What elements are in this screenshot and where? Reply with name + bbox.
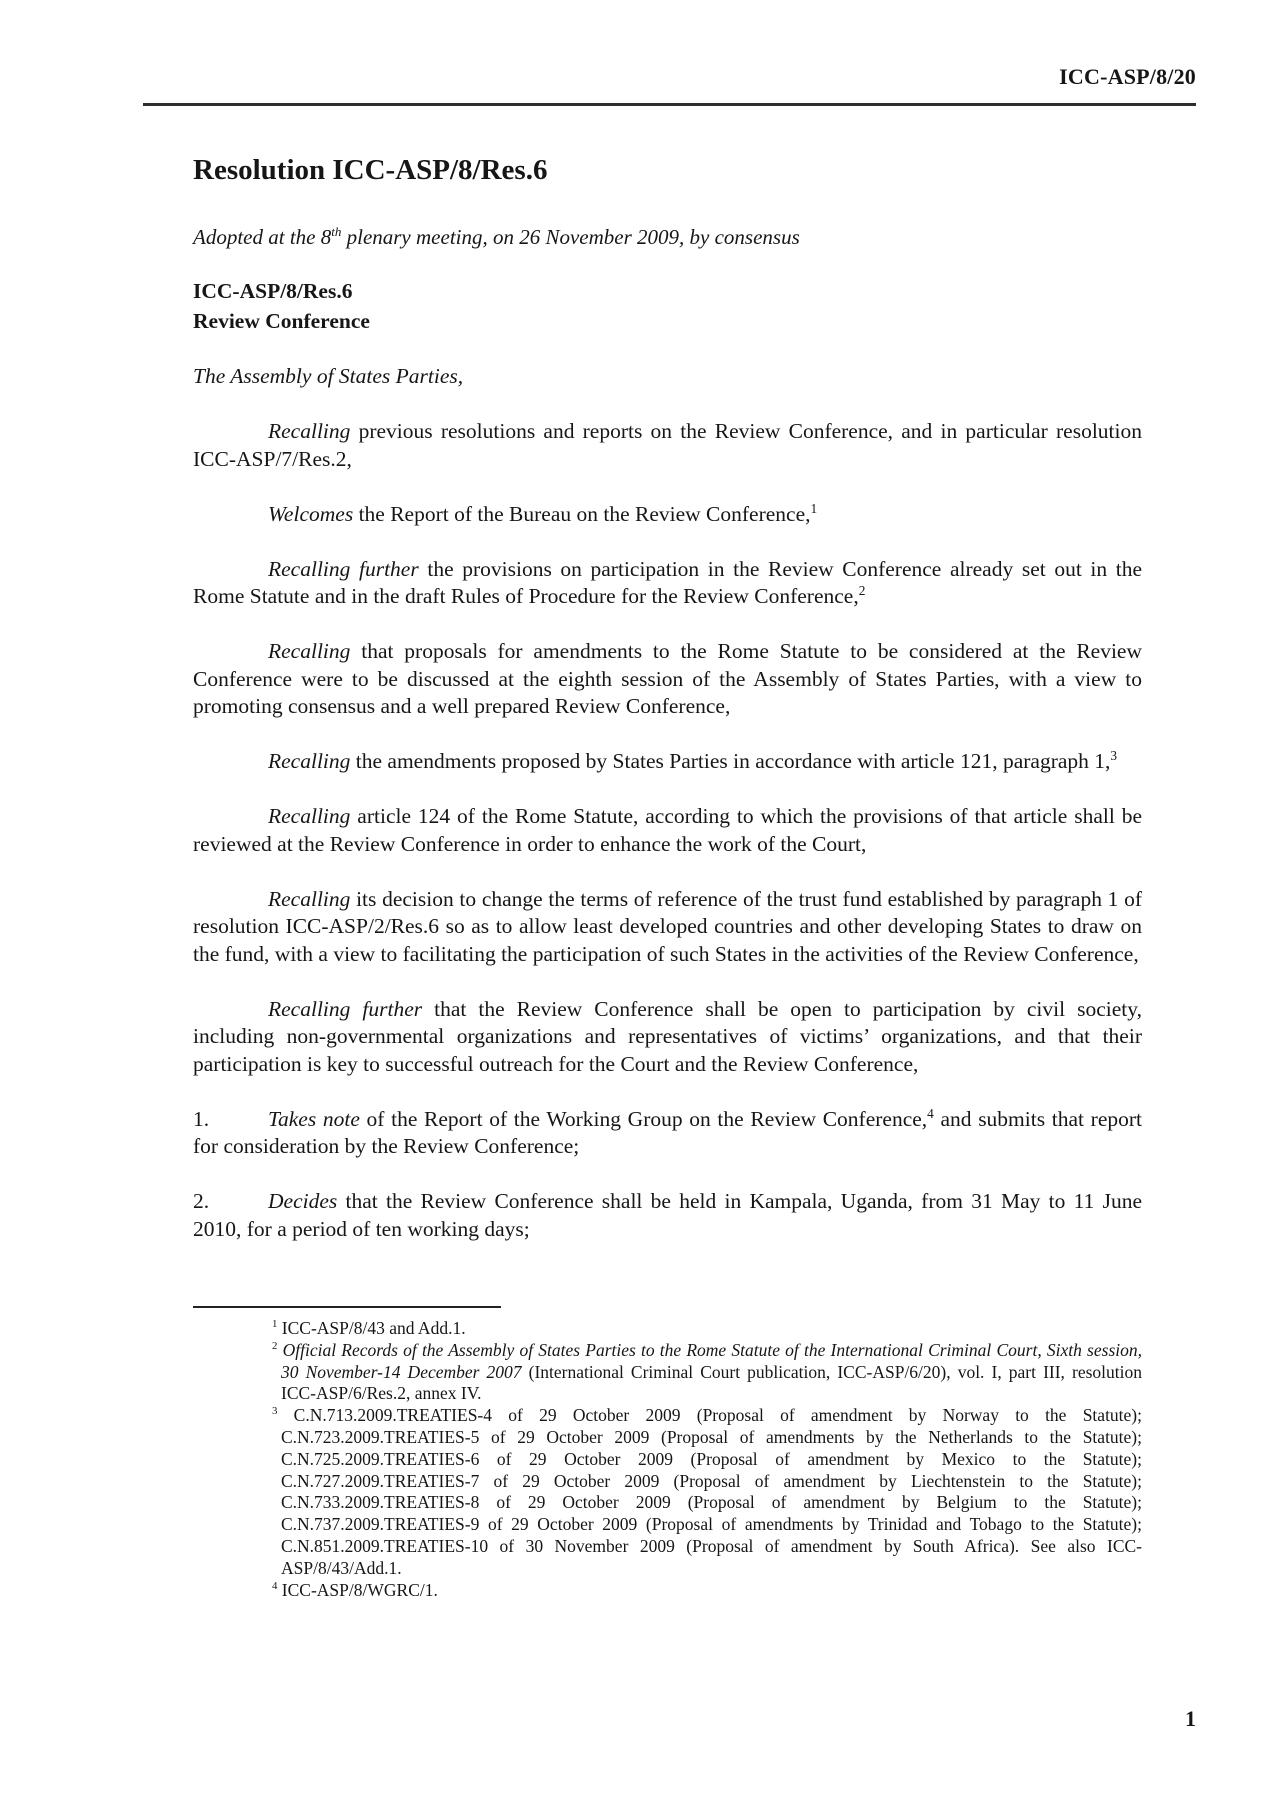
text-run: C.N.713.2009.TREATIES-4 of 29 October 20… [277,1405,1142,1578]
paragraphs-container: The Assembly of States Parties,Recalling… [193,363,1142,1243]
text-run: the amendments proposed by States Partie… [350,749,1110,773]
text-run: Welcomes [268,502,353,526]
document-page: ICC-ASP/8/20 Resolution ICC-ASP/8/Res.6 … [0,0,1280,1812]
footnotes-container: 1 ICC-ASP/8/43 and Add.1.2 Official Reco… [193,1318,1142,1601]
text-run: ICC-ASP/8/WGRC/1. [277,1580,437,1600]
footnote-reference: 2 [859,583,866,598]
body-paragraph: Recalling previous resolutions and repor… [193,418,1142,473]
text-run: Recalling further [268,557,419,581]
resolution-title: Resolution ICC-ASP/8/Res.6 [193,152,1142,188]
text-run: of the Report of the Working Group on th… [360,1107,927,1131]
text-run: Recalling [268,419,350,443]
footnote-reference: 1 [811,500,818,515]
body-paragraph: Recalling its decision to change the ter… [193,886,1142,969]
body-paragraph: 1.Takes note of the Report of the Workin… [193,1106,1142,1161]
body-paragraph: The Assembly of States Parties, [193,363,1142,391]
text-run: Recalling [268,887,350,911]
header-rule [143,103,1196,106]
text-run: Recalling [268,749,350,773]
page-number: 1 [1185,1706,1196,1732]
text-run: Recalling further [268,997,422,1021]
text-run: Recalling [268,639,350,663]
text-run: Decides [268,1189,337,1213]
text-run: the Report of the Bureau on the Review C… [353,502,810,526]
footnote: 1 ICC-ASP/8/43 and Add.1. [281,1318,1142,1340]
footnote-reference: th [331,224,341,239]
text-run: plenary meeting, on 26 November 2009, by… [341,225,799,249]
document-body: Resolution ICC-ASP/8/Res.6 Adopted at th… [193,152,1142,1601]
text-run: Adopted at the 8 [193,225,331,249]
doc-subject-line: Review Conference [193,306,1142,336]
header-doc-symbol: ICC-ASP/8/20 [1059,64,1196,89]
doc-symbol-block: ICC-ASP/8/Res.6 Review Conference [193,276,1142,336]
footnote: 2 Official Records of the Assembly of St… [281,1340,1142,1405]
body-paragraph: Recalling the amendments proposed by Sta… [193,748,1142,776]
text-run: Takes note [268,1107,360,1131]
footnote: 3 C.N.713.2009.TREATIES-4 of 29 October … [281,1405,1142,1579]
text-run: Recalling [268,804,350,828]
adoption-line: Adopted at the 8th plenary meeting, on 2… [193,224,1142,251]
body-paragraph: Welcomes the Report of the Bureau on the… [193,501,1142,529]
text-run: ICC-ASP/8/43 and Add.1. [277,1318,465,1338]
doc-symbol-line: ICC-ASP/8/Res.6 [193,276,1142,306]
footnote-separator [193,1306,501,1308]
footnote-reference: 4 [927,1105,934,1120]
footnotes-section: 1 ICC-ASP/8/43 and Add.1.2 Official Reco… [193,1306,1142,1601]
paragraph-number: 2. [193,1188,268,1216]
footnote-reference: 3 [1110,748,1117,763]
page-header: ICC-ASP/8/20 [143,64,1196,101]
body-paragraph: Recalling article 124 of the Rome Statut… [193,803,1142,858]
paragraph-number: 1. [193,1106,268,1134]
body-paragraph: 2.Decides that the Review Conference sha… [193,1188,1142,1243]
body-paragraph: Recalling further that the Review Confer… [193,996,1142,1079]
text-run: The Assembly of States Parties, [193,364,463,388]
body-paragraph: Recalling that proposals for amendments … [193,638,1142,721]
body-paragraph: Recalling further the provisions on part… [193,556,1142,611]
footnote: 4 ICC-ASP/8/WGRC/1. [281,1580,1142,1602]
